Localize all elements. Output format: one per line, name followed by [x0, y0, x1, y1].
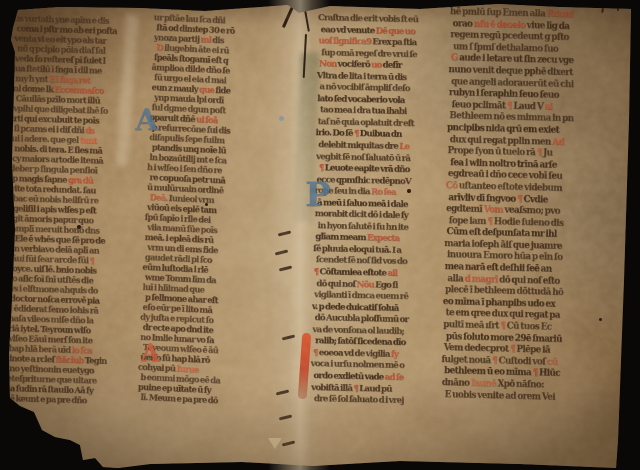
photo-of-manuscript: us vurtath yne apīm e discoma i pſtr mo …: [0, 0, 640, 470]
vignette: [0, 0, 640, 470]
